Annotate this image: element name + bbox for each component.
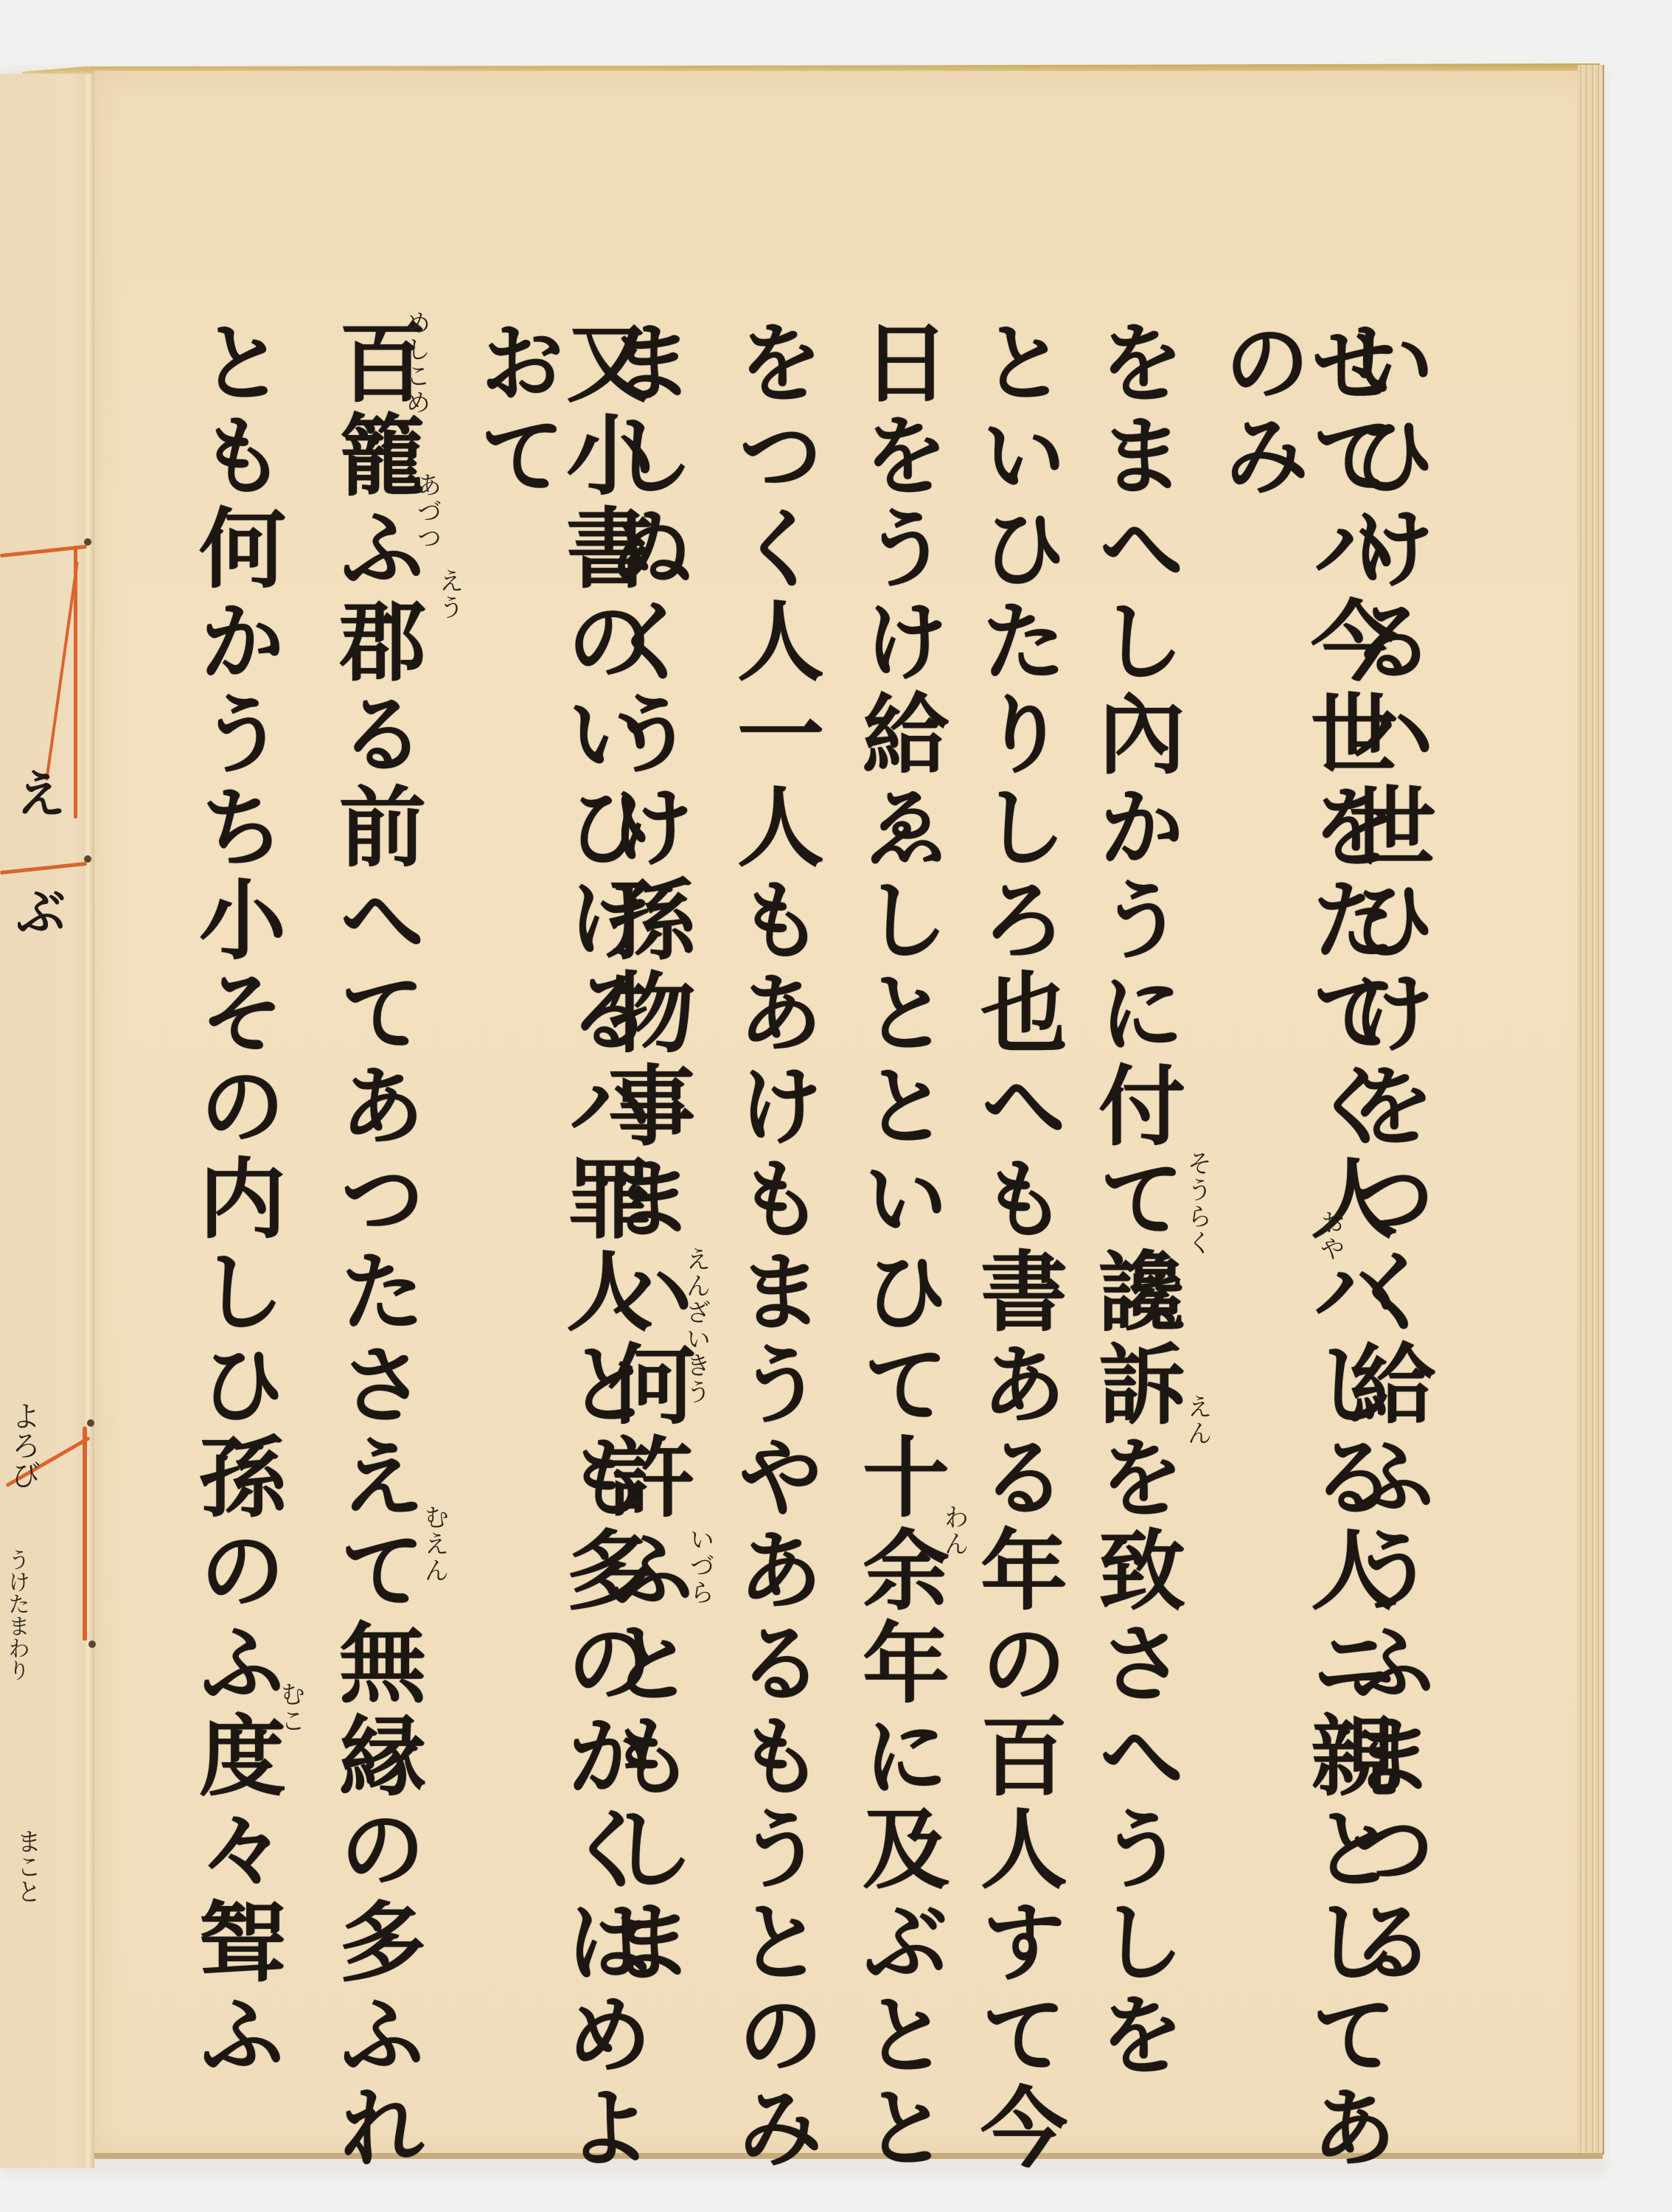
furigana-en: えん [1180,1394,1216,1447]
left-page-fragment: ぶ [0,885,74,936]
text-column-4: といひたりしろ也へも書ある年の百人すて今 [973,317,1060,2175]
furigana-enzaikyuu: えんざいきう [678,1246,714,1405]
furigana-muen: むえん [417,1504,453,1584]
text-column-6: をつく人一人もあけもまうやあるもうとのみ [730,317,817,2175]
text-column-2: せてハ今世をたてく人ハしる人ニ親としてあのみ [1216,317,1390,2212]
furigana-eu: えう [431,568,467,621]
left-page-fragment: え [0,767,74,818]
text-column-3: をまへし內かうに付て讒訴を致さへうしを [1091,317,1178,2082]
furigana-muko: むこ [273,1681,309,1734]
left-page-fragment: まこと [9,1829,45,1904]
furigana-sourak: そうらく [1180,1150,1216,1256]
furigana-oya: おや [1312,1209,1348,1262]
binding-hole-lower [87,1419,94,1427]
text-column-5: 日をうけ給ゑしとといひて十余年に及ぶとと [855,317,942,2175]
furigana-meshikome: めしこめ [398,310,434,416]
furigana-azutsu: あづつ [409,472,445,552]
left-page-fragment: よろび [3,1401,45,1489]
text-column-9: 百籠ふ郡る前へてあつたさえて無縁の多ふれ [332,317,419,2175]
left-page-fragment: うけたまわり [0,1548,32,1681]
binding-thread-lower-loop [83,1427,87,1641]
text-column-10: とも何かうち小その内しひ孫のふ度々聟ふ [192,317,279,2082]
furigana-izura: いづら [682,1526,718,1606]
furigana-wan: わん [936,1504,972,1557]
page-stack-edges [1578,65,1604,2154]
text-column-8: 又小書のいひけるハ罪人とも多のかくはめよおて [472,317,646,2212]
book-gutter [83,74,94,2168]
binding-hole-bottom [88,1641,96,1648]
